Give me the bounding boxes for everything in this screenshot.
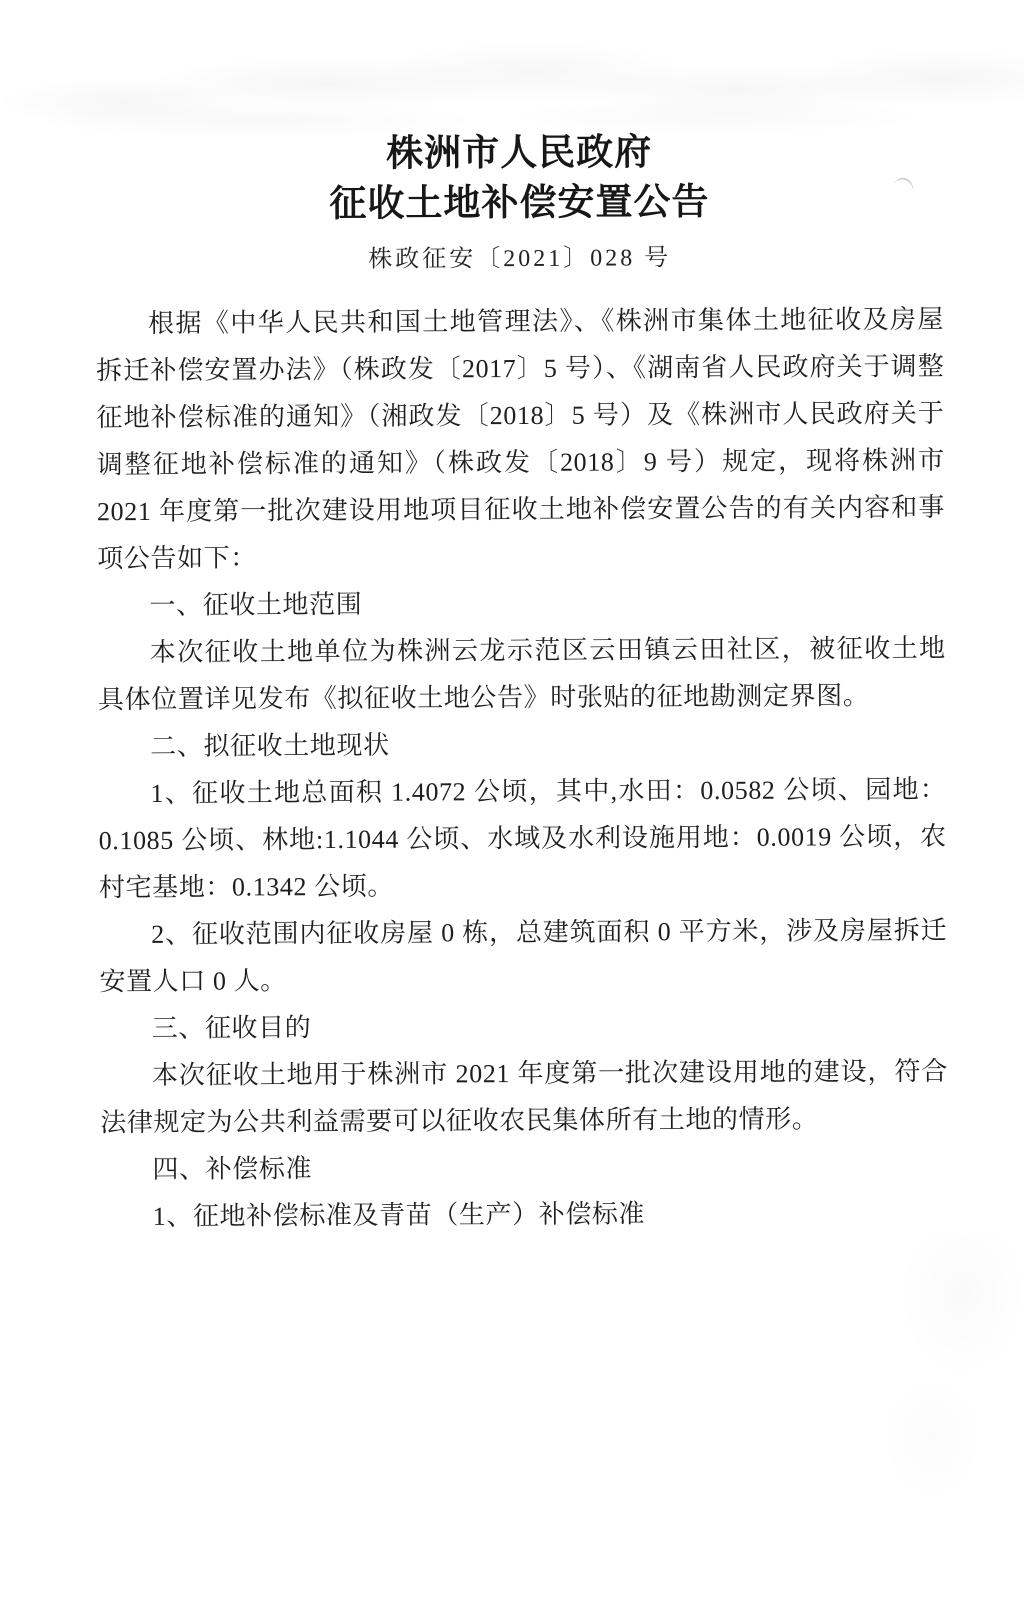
scan-noise-top	[0, 18, 1024, 138]
document-content: 株洲市人民政府 征收土地补偿安置公告 株政征安〔2021〕028 号 根据《中华…	[95, 126, 949, 1240]
document-body: 根据《中华人民共和国土地管理法》、《株洲市集体土地征收及房屋拆迁补偿安置办法》（…	[96, 296, 949, 1240]
section-heading-land-scope: 一、征收土地范围	[97, 578, 945, 629]
subsection-heading-compensation-standard: 1、征地补偿标准及青苗（生产）补偿标准	[101, 1189, 949, 1240]
document-title-line-2: 征收土地补偿安置公告	[95, 176, 943, 230]
document-title-line-1: 株洲市人民政府	[95, 126, 943, 180]
section-heading-land-status: 二、拟征收土地现状	[98, 719, 946, 770]
paragraph-houses: 2、征收范围内征收房屋 0 栋，总建筑面积 0 平方米，涉及房屋拆迁安置人口 0…	[99, 907, 947, 1005]
document-page: 株洲市人民政府 征收土地补偿安置公告 株政征安〔2021〕028 号 根据《中华…	[0, 0, 1024, 1609]
paragraph-purpose: 本次征收土地用于株洲市 2021 年度第一批次建设用地的建设，符合法律规定为公共…	[100, 1048, 948, 1146]
paragraph-legal-basis: 根据《中华人民共和国土地管理法》、《株洲市集体土地征收及房屋拆迁补偿安置办法》（…	[96, 296, 945, 582]
scan-noise-bottom-right	[820, 1230, 1024, 1550]
section-heading-purpose: 三、征收目的	[100, 1001, 948, 1052]
paragraph-land-area: 1、征收土地总面积 1.4072 公顷，其中,水田：0.0582 公顷、园地：0…	[98, 766, 947, 911]
document-number: 株政征安〔2021〕028 号	[96, 242, 944, 276]
section-heading-compensation: 四、补偿标准	[100, 1142, 948, 1193]
paragraph-land-scope: 本次征收土地单位为株洲云龙示范区云田镇云田社区，被征收土地具体位置详见发布《拟征…	[98, 625, 946, 723]
